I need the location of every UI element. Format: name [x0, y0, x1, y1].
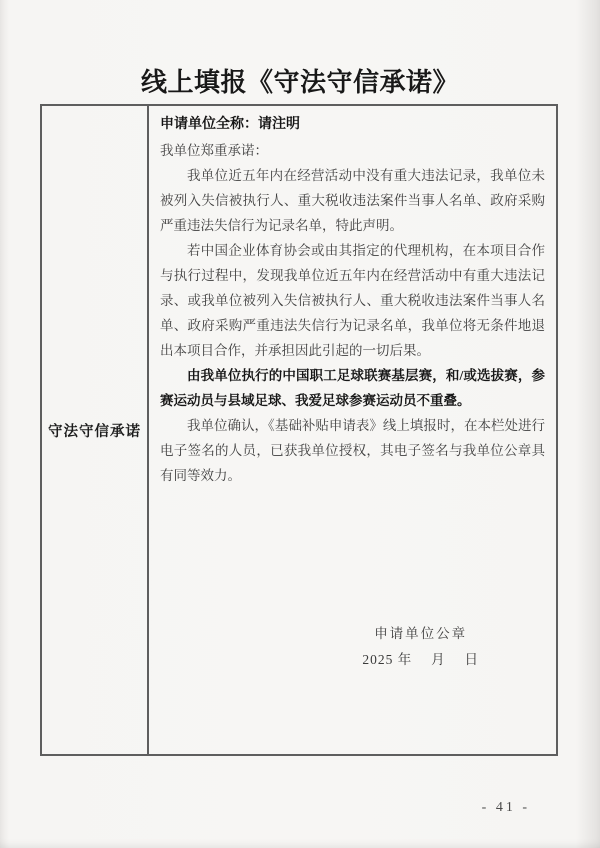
pledge-content-cell: 申请单位全称：请注明 我单位郑重承诺： 我单位近五年内在经营活动中没有重大违法记…	[149, 106, 556, 754]
pledge-paragraph-1: 我单位近五年内在经营活动中没有重大违法记录，我单位未被列入失信被执行人、重大税收…	[160, 163, 545, 238]
pledge-table: 守法守信承诺 申请单位全称：请注明 我单位郑重承诺： 我单位近五年内在经营活动中…	[40, 104, 558, 756]
pledge-paragraph-2: 若中国企业体育协会或由其指定的代理机构，在本项目合作与执行过程中，发现我单位近五…	[160, 238, 545, 363]
page-title: 线上填报《守法守信承诺》	[0, 62, 600, 99]
signature-block: 申请单位公章 2025 年 月 日	[362, 621, 479, 673]
row-label-cell: 守法守信承诺	[42, 106, 149, 754]
date-line: 2025 年 月 日	[362, 647, 479, 673]
applicant-name-line: 申请单位全称：请注明	[160, 111, 545, 138]
row-label: 守法守信承诺	[48, 420, 141, 441]
pledge-paragraph-3-bold: 由我单位执行的中国职工足球联赛基层赛，和/或选拔赛，参赛运动员与县域足球、我爱足…	[160, 363, 545, 413]
page-number: - 41 -	[482, 800, 530, 816]
pledge-intro: 我单位郑重承诺：	[160, 138, 545, 163]
seal-label: 申请单位公章	[362, 621, 479, 647]
document-page: 线上填报《守法守信承诺》 守法守信承诺 申请单位全称：请注明 我单位郑重承诺： …	[0, 0, 600, 848]
pledge-paragraph-4: 我单位确认，《基础补贴申请表》线上填报时，在本栏处进行电子签名的人员，已获我单位…	[160, 413, 545, 488]
